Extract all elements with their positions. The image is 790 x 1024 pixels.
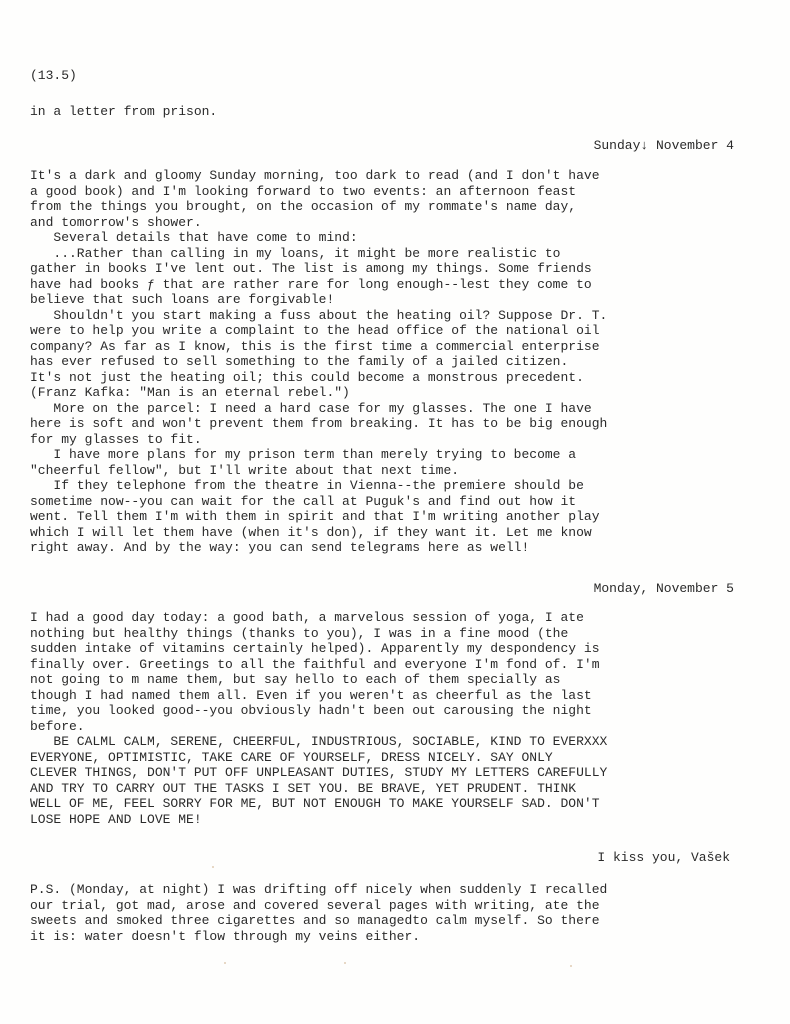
text-line: were to help you write a complaint to th… <box>30 323 607 339</box>
text-line: believe that such loans are forgivable! <box>30 292 607 308</box>
text-line: sometime now--you can wait for the call … <box>30 494 607 510</box>
text-line: company? As far as I know, this is the f… <box>30 339 607 355</box>
text-line: CLEVER THINGS, DON'T PUT OFF UNPLEASANT … <box>30 765 607 781</box>
text-line: It's not just the heating oil; this coul… <box>30 370 607 386</box>
text-line: sweets and smoked three cigarettes and s… <box>30 913 607 929</box>
text-line: More on the parcel: I need a hard case f… <box>30 401 607 417</box>
text-line: right away. And by the way: you can send… <box>30 540 607 556</box>
text-line: If they telephone from the theatre in Vi… <box>30 478 607 494</box>
text-line: which I will let them have (when it's do… <box>30 525 607 541</box>
paper-speck <box>344 962 346 964</box>
text-line: gather in books I've lent out. The list … <box>30 261 607 277</box>
text-line: EVERYONE, OPTIMISTIC, TAKE CARE OF YOURS… <box>30 750 607 766</box>
text-line: before. <box>30 719 607 735</box>
text-line: (Franz Kafka: "Man is an eternal rebel."… <box>30 385 607 401</box>
text-line: went. Tell them I'm with them in spirit … <box>30 509 607 525</box>
text-line: our trial, got mad, arose and covered se… <box>30 898 607 914</box>
text-line: a good book) and I'm looking forward to … <box>30 184 607 200</box>
paper-speck <box>212 866 214 868</box>
text-line: Several details that have come to mind: <box>30 230 607 246</box>
postscript: P.S. (Monday, at night) I was drifting o… <box>30 882 607 944</box>
text-line: here is soft and won't prevent them from… <box>30 416 607 432</box>
text-line: not going to m name them, but say hello … <box>30 672 607 688</box>
text-line: have had books ƒ that are rather rare fo… <box>30 277 607 293</box>
entry-body-sunday: It's a dark and gloomy Sunday morning, t… <box>30 168 607 556</box>
paper-speck <box>570 965 572 967</box>
text-line: I had a good day today: a good bath, a m… <box>30 610 607 626</box>
signoff: I kiss you, Vašek <box>597 850 730 866</box>
text-line: and tomorrow's shower. <box>30 215 607 231</box>
text-line: though I had named them all. Even if you… <box>30 688 607 704</box>
text-line: from the things you brought, on the occa… <box>30 199 607 215</box>
text-line: It's a dark and gloomy Sunday morning, t… <box>30 168 607 184</box>
text-line: has ever refused to sell something to th… <box>30 354 607 370</box>
entry-body-monday: I had a good day today: a good bath, a m… <box>30 610 607 827</box>
text-line: it is: water doesn't flow through my vei… <box>30 929 607 945</box>
typewritten-page: (13.5) in a letter from prison. Sunday↓ … <box>0 0 790 1024</box>
text-line: LOSE HOPE AND LOVE ME! <box>30 812 607 828</box>
page-number: (13.5) <box>30 68 77 84</box>
text-line: P.S. (Monday, at night) I was drifting o… <box>30 882 607 898</box>
text-line: sudden intake of vitamins certainly help… <box>30 641 607 657</box>
text-line: WELL OF ME, FEEL SORRY FOR ME, BUT NOT E… <box>30 796 607 812</box>
paper-speck <box>224 962 226 964</box>
text-line: ...Rather than calling in my loans, it m… <box>30 246 607 262</box>
text-line: "cheerful fellow", but I'll write about … <box>30 463 607 479</box>
text-line: time, you looked good--you obviously had… <box>30 703 607 719</box>
text-line: nothing but healthy things (thanks to yo… <box>30 626 607 642</box>
text-line: finally over. Greetings to all the faith… <box>30 657 607 673</box>
text-line: for my glasses to fit. <box>30 432 607 448</box>
intro-line: in a letter from prison. <box>30 104 217 120</box>
text-line: AND TRY TO CARRY OUT THE TASKS I SET YOU… <box>30 781 607 797</box>
text-line: I have more plans for my prison term tha… <box>30 447 607 463</box>
text-line: Shouldn't you start making a fuss about … <box>30 308 607 324</box>
entry-date-monday: Monday, November 5 <box>594 581 734 597</box>
entry-date-sunday: Sunday↓ November 4 <box>594 138 734 154</box>
text-line: BE CALML CALM, SERENE, CHEERFUL, INDUSTR… <box>30 734 607 750</box>
